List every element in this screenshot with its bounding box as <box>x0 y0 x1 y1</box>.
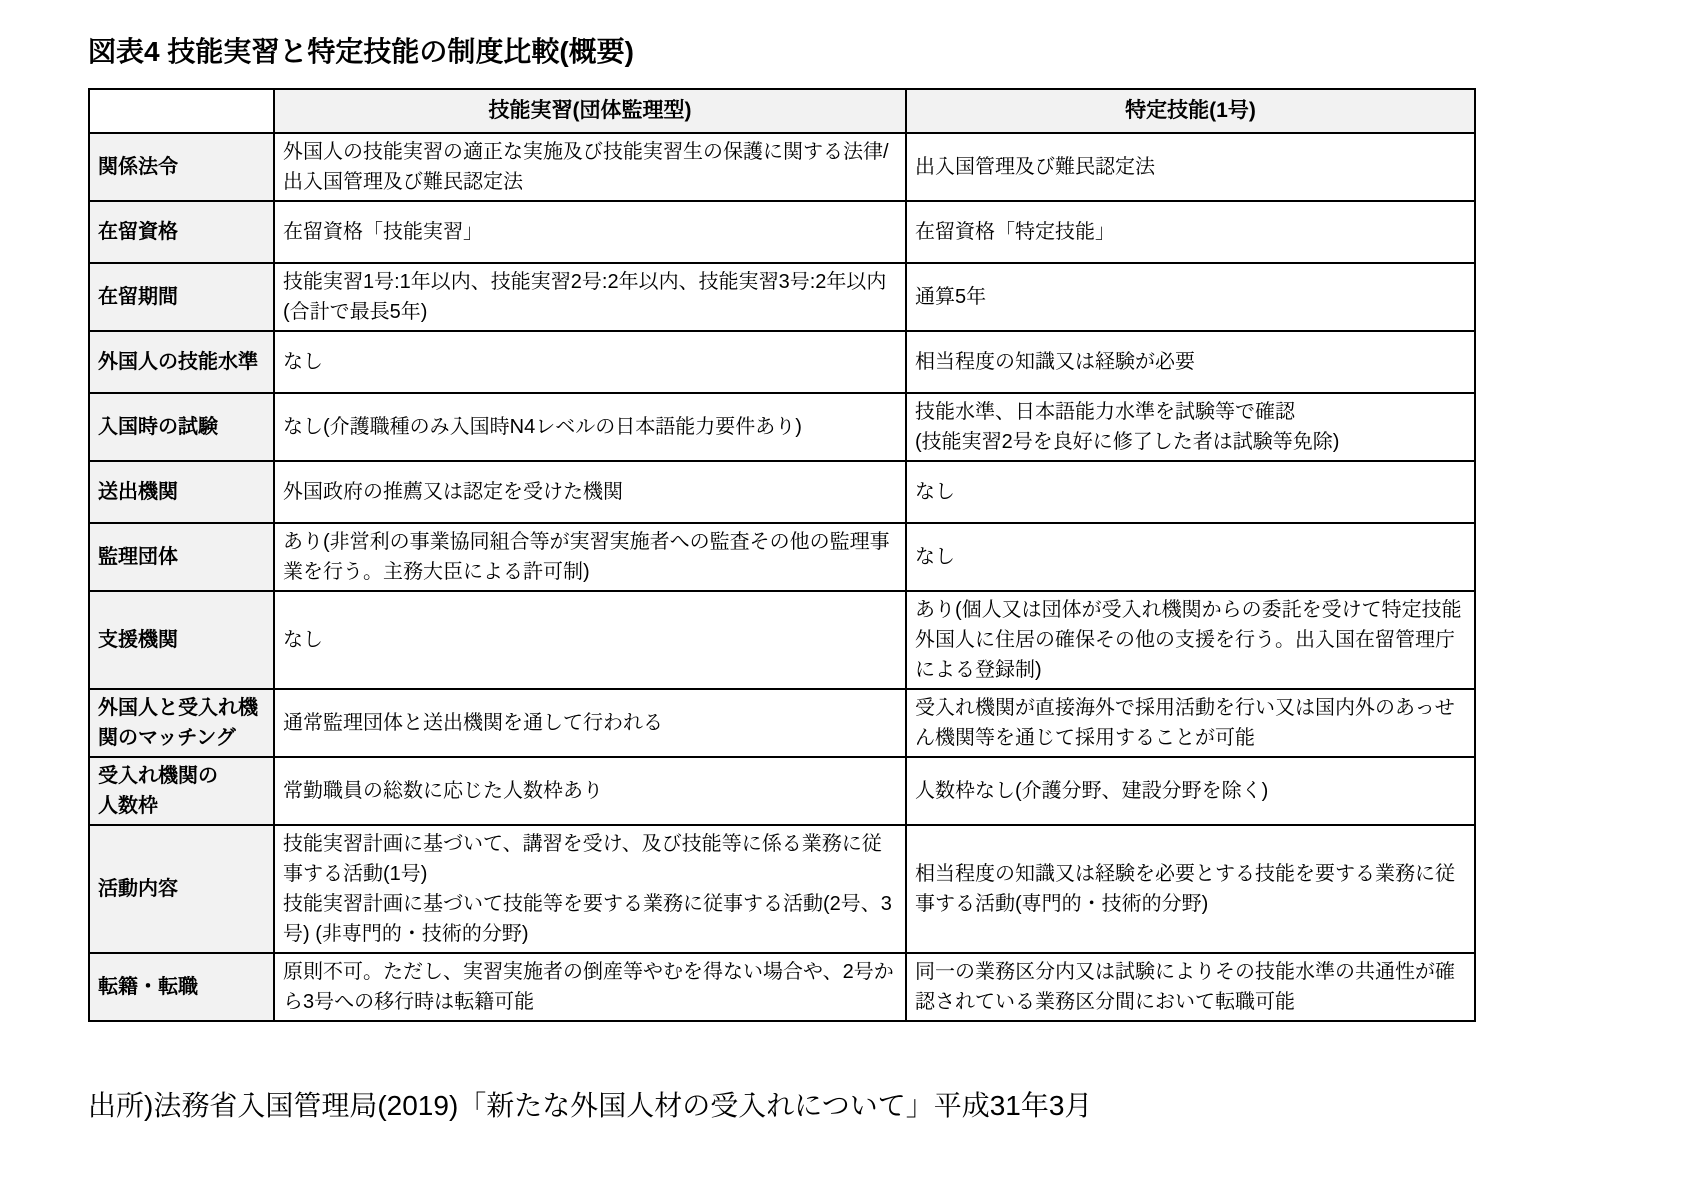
cell-ginou-jisshu: なし <box>274 331 906 393</box>
row-label: 入国時の試験 <box>89 393 274 461</box>
table-row: 受入れ機関の 人数枠常勤職員の総数に応じた人数枠あり人数枠なし(介護分野、建設分… <box>89 757 1475 825</box>
table-row: 在留期間技能実習1号:1年以内、技能実習2号:2年以内、技能実習3号:2年以内(… <box>89 263 1475 331</box>
table-row: 支援機関なしあり(個人又は団体が受入れ機関からの委託を受けて特定技能外国人に住居… <box>89 591 1475 689</box>
cell-tokutei-ginou: 出入国管理及び難民認定法 <box>906 133 1475 201</box>
cell-ginou-jisshu: 技能実習1号:1年以内、技能実習2号:2年以内、技能実習3号:2年以内(合計で最… <box>274 263 906 331</box>
cell-tokutei-ginou: 受入れ機関が直接海外で採用活動を行い又は国内外のあっせん機関等を通じて採用するこ… <box>906 689 1475 757</box>
row-label: 活動内容 <box>89 825 274 953</box>
page-title: 図表4 技能実習と特定技能の制度比較(概要) <box>88 30 1474 70</box>
cell-ginou-jisshu: 外国人の技能実習の適正な実施及び技能実習生の保護に関する法律/出入国管理及び難民… <box>274 133 906 201</box>
cell-ginou-jisshu: 通常監理団体と送出機関を通して行われる <box>274 689 906 757</box>
table-row: 外国人の技能水準なし相当程度の知識又は経験が必要 <box>89 331 1475 393</box>
row-label: 送出機関 <box>89 461 274 523</box>
column-header-tokutei-ginou: 特定技能(1号) <box>906 89 1475 133</box>
row-label: 支援機関 <box>89 591 274 689</box>
table-header: 技能実習(団体監理型) 特定技能(1号) <box>89 89 1475 133</box>
cell-tokutei-ginou: 同一の業務区分内又は試験によりその技能水準の共通性が確認されている業務区分間にお… <box>906 953 1475 1021</box>
row-label: 受入れ機関の 人数枠 <box>89 757 274 825</box>
row-label: 在留期間 <box>89 263 274 331</box>
cell-ginou-jisshu: 技能実習計画に基づいて、講習を受け、及び技能等に係る業務に従事する活動(1号) … <box>274 825 906 953</box>
cell-ginou-jisshu: 在留資格「技能実習」 <box>274 201 906 263</box>
table-row: 監理団体あり(非営利の事業協同組合等が実習実施者への監査その他の監理事業を行う。… <box>89 523 1475 591</box>
cell-tokutei-ginou: 在留資格「特定技能」 <box>906 201 1475 263</box>
cell-tokutei-ginou: 相当程度の知識又は経験が必要 <box>906 331 1475 393</box>
cell-ginou-jisshu: 外国政府の推薦又は認定を受けた機関 <box>274 461 906 523</box>
table-row: 送出機関外国政府の推薦又は認定を受けた機関なし <box>89 461 1475 523</box>
source-note: 出所)法務省入国管理局(2019)「新たな外国人材の受入れについて」平成31年3… <box>88 1084 1474 1124</box>
cell-ginou-jisshu: 常勤職員の総数に応じた人数枠あり <box>274 757 906 825</box>
row-label: 転籍・転職 <box>89 953 274 1021</box>
cell-tokutei-ginou: なし <box>906 461 1475 523</box>
comparison-table: 技能実習(団体監理型) 特定技能(1号) 関係法令外国人の技能実習の適正な実施及… <box>88 88 1476 1022</box>
header-row: 技能実習(団体監理型) 特定技能(1号) <box>89 89 1475 133</box>
cell-tokutei-ginou: 相当程度の知識又は経験を必要とする技能を要する業務に従事する活動(専門的・技術的… <box>906 825 1475 953</box>
page: 図表4 技能実習と特定技能の制度比較(概要) 技能実習(団体監理型) 特定技能(… <box>0 0 1707 1124</box>
row-label: 外国人と受入れ機関のマッチング <box>89 689 274 757</box>
row-label: 関係法令 <box>89 133 274 201</box>
cell-ginou-jisshu: なし <box>274 591 906 689</box>
table-row: 関係法令外国人の技能実習の適正な実施及び技能実習生の保護に関する法律/出入国管理… <box>89 133 1475 201</box>
cell-ginou-jisshu: あり(非営利の事業協同組合等が実習実施者への監査その他の監理事業を行う。主務大臣… <box>274 523 906 591</box>
table-row: 活動内容技能実習計画に基づいて、講習を受け、及び技能等に係る業務に従事する活動(… <box>89 825 1475 953</box>
cell-tokutei-ginou: なし <box>906 523 1475 591</box>
cell-tokutei-ginou: 通算5年 <box>906 263 1475 331</box>
cell-tokutei-ginou: 人数枠なし(介護分野、建設分野を除く) <box>906 757 1475 825</box>
row-label: 監理団体 <box>89 523 274 591</box>
cell-tokutei-ginou: あり(個人又は団体が受入れ機関からの委託を受けて特定技能外国人に住居の確保その他… <box>906 591 1475 689</box>
corner-cell <box>89 89 274 133</box>
cell-tokutei-ginou: 技能水準、日本語能力水準を試験等で確認 (技能実習2号を良好に修了した者は試験等… <box>906 393 1475 461</box>
table-row: 転籍・転職原則不可。ただし、実習実施者の倒産等やむを得ない場合や、2号から3号へ… <box>89 953 1475 1021</box>
cell-ginou-jisshu: 原則不可。ただし、実習実施者の倒産等やむを得ない場合や、2号から3号への移行時は… <box>274 953 906 1021</box>
table-body: 関係法令外国人の技能実習の適正な実施及び技能実習生の保護に関する法律/出入国管理… <box>89 133 1475 1021</box>
table-row: 外国人と受入れ機関のマッチング通常監理団体と送出機関を通して行われる受入れ機関が… <box>89 689 1475 757</box>
table-row: 在留資格在留資格「技能実習」在留資格「特定技能」 <box>89 201 1475 263</box>
cell-ginou-jisshu: なし(介護職種のみ入国時N4レベルの日本語能力要件あり) <box>274 393 906 461</box>
column-header-ginou-jisshu: 技能実習(団体監理型) <box>274 89 906 133</box>
row-label: 外国人の技能水準 <box>89 331 274 393</box>
row-label: 在留資格 <box>89 201 274 263</box>
table-row: 入国時の試験なし(介護職種のみ入国時N4レベルの日本語能力要件あり)技能水準、日… <box>89 393 1475 461</box>
